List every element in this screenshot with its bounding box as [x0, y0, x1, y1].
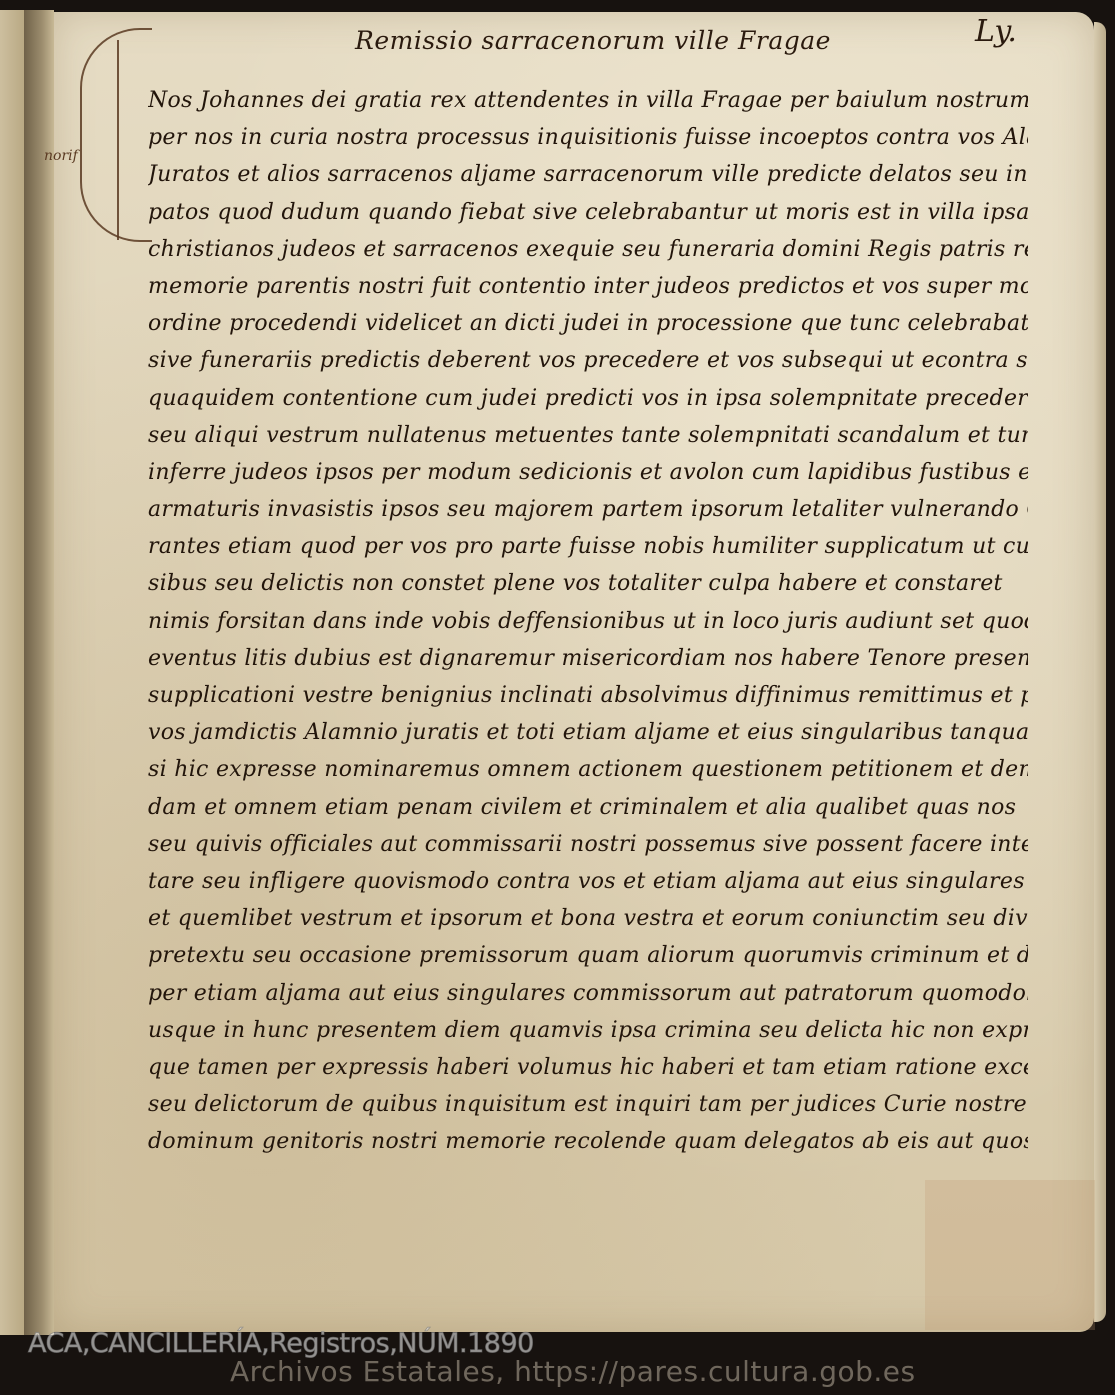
text-line: armaturis invasistis ipsos seu majorem p…	[148, 491, 1028, 528]
text-line: pretextu seu occasione premissorum quam …	[148, 937, 1028, 974]
text-line: que tamen per expressis haberi volumus h…	[148, 1049, 1028, 1086]
text-line: memorie parentis nostri fuit contentio i…	[148, 268, 1028, 305]
text-line: per nos in curia nostra processus inquis…	[148, 119, 1028, 156]
text-line: ordine procedendi videlicet an dicti jud…	[148, 305, 1028, 342]
document-heading: Remissio sarracenorum ville Fragae	[355, 26, 831, 55]
folio-number: Ly.	[975, 14, 1017, 49]
page-edge-stack	[1094, 22, 1106, 1322]
text-line: quaquidem contentione cum judei predicti…	[148, 380, 1028, 417]
text-line: dam et omnem etiam penam civilem et crim…	[148, 789, 1028, 826]
text-line: rantes etiam quod per vos pro parte fuis…	[148, 528, 1028, 565]
text-line: si hic expresse nominaremus omnem action…	[148, 751, 1028, 788]
text-line: et quemlibet vestrum et ipsorum et bona …	[148, 900, 1028, 937]
text-line: per etiam aljama aut eius singulares com…	[148, 975, 1028, 1012]
text-line: seu quivis officiales aut commissarii no…	[148, 826, 1028, 863]
margin-bracket-decoration	[80, 28, 152, 242]
text-line: dominum genitoris nostri memorie recolen…	[148, 1123, 1028, 1160]
text-line: seu aliqui vestrum nullatenus metuentes …	[148, 417, 1028, 454]
facing-page-edge	[0, 10, 26, 1335]
manuscript-text-block: Nos Johannes dei gratia rex attendentes …	[148, 82, 1028, 1160]
text-line: sive funerariis predictis deberent vos p…	[148, 342, 1028, 379]
text-line: Juratos et alios sarracenos aljame sarra…	[148, 156, 1028, 193]
text-line: patos quod dudum quando fiebat sive cele…	[148, 194, 1028, 231]
paper-stain	[925, 1180, 1095, 1330]
text-line: seu delictorum de quibus inquisitum est …	[148, 1086, 1028, 1123]
text-line: christianos judeos et sarracenos exequie…	[148, 231, 1028, 268]
text-line: Nos Johannes dei gratia rex attendentes …	[148, 82, 1028, 119]
text-line: usque in hunc presentem diem quamvis ips…	[148, 1012, 1028, 1049]
margin-bracket-stroke	[117, 40, 119, 240]
text-line: inferre judeos ipsos per modum sedicioni…	[148, 454, 1028, 491]
text-line: eventus litis dubius est dignaremur mise…	[148, 640, 1028, 677]
text-line: nimis forsitan dans inde vobis deffensio…	[148, 603, 1028, 640]
archive-source-watermark: Archivos Estatales, https://pares.cultur…	[230, 1355, 916, 1388]
text-line: sibus seu delictis non constet plene vos…	[148, 565, 1028, 602]
book-gutter	[24, 10, 54, 1335]
text-line: tare seu infligere quovismodo contra vos…	[148, 863, 1028, 900]
text-line: supplicationi vestre benignius inclinati…	[148, 677, 1028, 714]
margin-note: norif	[44, 148, 78, 164]
text-line: vos jamdictis Alamnio juratis et toti et…	[148, 714, 1028, 751]
